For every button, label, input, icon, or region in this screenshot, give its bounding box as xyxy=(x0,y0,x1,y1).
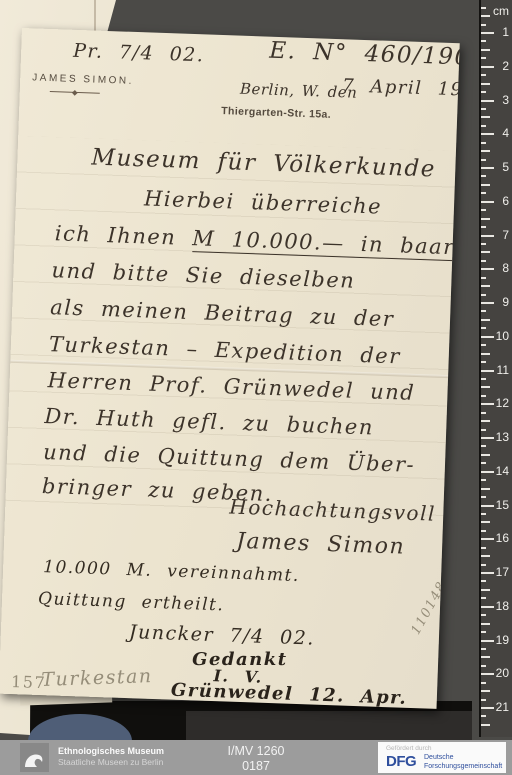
ruler-number: 21 xyxy=(496,700,509,714)
ruler-number: 13 xyxy=(496,430,509,444)
ruler-tick xyxy=(481,665,486,667)
note-received: 10.000 M. vereinnahmt. xyxy=(43,557,300,586)
ruler-tick xyxy=(481,209,486,211)
funding-box: Gefördert durch DFG Deutsche Forschungsg… xyxy=(378,742,506,773)
ruler-number: 7 xyxy=(502,228,509,242)
ruler-tick xyxy=(481,32,494,34)
ruler-tick xyxy=(481,277,486,279)
ruler-unit-label: cm xyxy=(493,4,509,18)
filing-note: Pr. 7/4 02. xyxy=(73,40,205,67)
ruler-tick xyxy=(481,150,490,152)
ruler-tick xyxy=(481,479,486,481)
ruler-tick xyxy=(481,125,486,127)
city-line: Berlin, W. den xyxy=(240,80,358,102)
ruler-tick xyxy=(481,429,486,431)
ruler-tick xyxy=(481,100,494,102)
ruler-tick xyxy=(481,572,494,574)
ruler-tick xyxy=(481,614,486,616)
ruler-tick xyxy=(481,386,490,388)
ruler-number: 18 xyxy=(496,599,509,613)
ruler-tick xyxy=(481,294,486,296)
ruler-tick xyxy=(481,235,494,237)
ruler-tick xyxy=(481,226,486,228)
ruler-tick xyxy=(481,175,486,177)
ruler-tick xyxy=(481,49,490,51)
ruler-tick xyxy=(481,673,494,675)
ruler-tick xyxy=(481,353,490,355)
ruler-tick xyxy=(481,133,494,135)
ruler-tick xyxy=(481,724,490,726)
signature-james-simon: James Simon xyxy=(236,529,406,560)
letterhead-rule xyxy=(50,91,100,94)
note-receipt: Quittung ertheilt. xyxy=(38,589,225,615)
ruler-tick xyxy=(481,462,486,464)
ruler-number: 6 xyxy=(502,194,509,208)
ruler-tick xyxy=(481,66,494,68)
ruler-number: 1 xyxy=(502,25,509,39)
ruler-tick xyxy=(481,395,486,397)
sender-name: JAMES SIMON. xyxy=(32,72,134,87)
ruler-tick xyxy=(481,327,486,329)
ruler-tick xyxy=(481,538,494,540)
ruler-tick xyxy=(481,690,490,692)
ruler-tick xyxy=(481,302,494,304)
ruler-tick xyxy=(481,7,486,9)
ruler-number: 17 xyxy=(496,565,509,579)
ruler-tick xyxy=(481,445,486,447)
ruler-tick xyxy=(481,471,494,473)
ruler-number: 4 xyxy=(502,126,509,140)
ruler-number: 20 xyxy=(496,666,509,680)
ruler-tick xyxy=(481,555,490,557)
ruler-tick xyxy=(481,91,486,93)
ruler-tick xyxy=(481,378,486,380)
photo-ruler: cm 123456789101112131415161718192021 xyxy=(479,0,512,737)
ruler-tick xyxy=(481,344,486,346)
ruler-tick xyxy=(481,361,486,363)
ruler-tick xyxy=(481,159,486,161)
ruler-tick xyxy=(481,24,486,26)
ruler-tick xyxy=(481,420,490,422)
ruler-tick xyxy=(481,656,490,658)
ruler-tick xyxy=(481,597,486,599)
ruler-tick xyxy=(481,530,486,532)
ruler-tick xyxy=(481,142,486,144)
ruler-tick xyxy=(481,412,486,414)
dfg-org-line1: Deutsche xyxy=(424,754,502,763)
ruler-tick xyxy=(481,707,494,709)
ruler-tick xyxy=(481,488,490,490)
ruler-tick xyxy=(481,83,490,85)
ruler-tick xyxy=(481,285,490,287)
ruler-number: 3 xyxy=(502,93,509,107)
ruler-tick xyxy=(481,243,486,245)
ruler-tick xyxy=(481,564,486,566)
ruler-tick xyxy=(481,589,490,591)
ruler-tick xyxy=(481,201,494,203)
ruler-tick xyxy=(481,682,486,684)
rule-diamond-ornament xyxy=(72,90,78,96)
dfg-org-line2: Forschungsgemeinschaft xyxy=(424,763,502,772)
ruler-tick xyxy=(481,268,494,270)
ruler-tick xyxy=(481,184,490,186)
ruler-tick xyxy=(481,167,494,169)
ruler-tick xyxy=(481,547,486,549)
ruler-tick xyxy=(481,715,486,717)
ruler-tick xyxy=(481,640,494,642)
ruler-tick xyxy=(481,192,486,194)
ruler-number: 15 xyxy=(496,498,509,512)
scanned-letter-photo: 56 Pr. 7/4 02. JAMES SIMON. E. N° 460/19… xyxy=(0,0,512,775)
ruler-tick xyxy=(481,319,490,321)
ruler-tick xyxy=(481,699,486,701)
ruler-number: 16 xyxy=(496,531,509,545)
pencil-rotated-number: 110148 xyxy=(409,579,451,638)
ruler-number: 5 xyxy=(502,160,509,174)
ruler-tick xyxy=(481,496,486,498)
ruler-tick xyxy=(481,260,486,262)
ruler-number: 10 xyxy=(496,329,509,343)
ruler-tick xyxy=(481,631,486,633)
ruler-tick xyxy=(481,403,494,405)
funding-label: Gefördert durch xyxy=(386,745,432,752)
ruler-tick xyxy=(481,437,494,439)
ruler-tick xyxy=(481,648,486,650)
ruler-tick xyxy=(481,74,486,76)
dfg-org-name: Deutsche Forschungsgemeinschaft xyxy=(424,754,502,771)
ruler-number: 11 xyxy=(497,363,509,377)
pencil-bottom-word: Turkestan xyxy=(41,665,153,691)
ruler-number: 2 xyxy=(502,59,509,73)
amount-prefix: ich Ihnen xyxy=(54,221,192,250)
ruler-tick xyxy=(481,108,486,110)
ruler-tick xyxy=(481,623,490,625)
photo-bottom-surface xyxy=(186,711,472,741)
ruler-tick xyxy=(481,40,486,42)
ruler-tick xyxy=(481,513,486,515)
ruler-tick xyxy=(481,521,490,523)
ruler-tick xyxy=(481,606,494,608)
ruler-tick xyxy=(481,505,494,507)
ruler-number: 14 xyxy=(496,464,509,478)
ruler-tick xyxy=(481,454,490,456)
footer-bar: Ethnologisches Museum Staatliche Museen … xyxy=(0,740,512,775)
street-line: Thiergarten-Str. 15a. xyxy=(221,105,331,121)
ruler-tick xyxy=(481,251,490,253)
ruler-number: 19 xyxy=(496,633,509,647)
ruler-tick xyxy=(481,310,486,312)
ruler-tick xyxy=(481,218,490,220)
handwritten-date: 7 April 1902 xyxy=(342,75,460,101)
ruler-tick xyxy=(481,15,490,17)
dfg-logo: DFG xyxy=(386,753,416,770)
ruler-tick xyxy=(481,57,486,59)
ruler-tick xyxy=(481,116,490,118)
ruler-number: 8 xyxy=(502,261,509,275)
letter-page: Pr. 7/4 02. JAMES SIMON. E. N° 460/1902 … xyxy=(0,28,460,709)
ruler-tick xyxy=(481,370,494,372)
entry-number: E. N° 460/1902 xyxy=(269,38,460,72)
ruler-number: 12 xyxy=(496,396,509,410)
ruler-tick xyxy=(481,580,486,582)
ruler-number: 9 xyxy=(502,295,509,309)
note-clerk-signature: Juncker 7/4 02. xyxy=(129,621,316,649)
ruler-tick xyxy=(481,336,494,338)
